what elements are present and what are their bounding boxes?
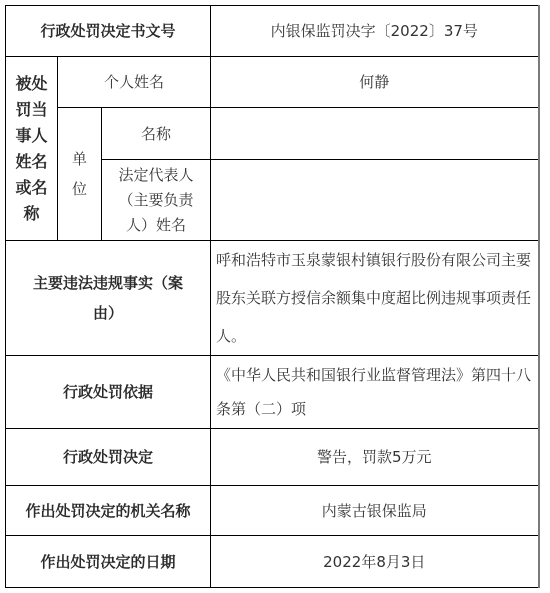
decision-label: 行政处罚决定 [6, 429, 211, 486]
authority-label: 作出处罚决定的机关名称 [6, 486, 211, 536]
row-individual-name: 被处罚当事人姓名或名称 个人姓名 何静 [6, 57, 539, 108]
row-violation-facts: 主要违法违规事实（案由） 呼和浩特市玉泉蒙银村镇银行股份有限公司主要股东关联方授… [6, 241, 539, 356]
legal-basis-label: 行政处罚依据 [6, 356, 211, 429]
legal-rep-value [211, 160, 539, 241]
violation-facts-label-text: 主要违法违规事实（案由） [26, 268, 191, 328]
violation-facts-label: 主要违法违规事实（案由） [6, 241, 211, 356]
individual-name-label: 个人姓名 [58, 57, 211, 108]
doc-number-value: 内银保监罚决字〔2022〕37号 [211, 6, 539, 57]
row-entity-name: 单位 名称 [6, 108, 539, 160]
row-legal-basis: 行政处罚依据 《中华人民共和国银行业监督管理法》第四十八条第（二）项 [6, 356, 539, 429]
legal-rep-label: 法定代表人（主要负责人）姓名 [102, 160, 211, 241]
violation-facts-value: 呼和浩特市玉泉蒙银村镇银行股份有限公司主要股东关联方授信余额集中度超比例违规事项… [211, 241, 539, 356]
entity-name-value [211, 108, 539, 160]
decision-date-label: 作出处罚决定的日期 [6, 536, 211, 588]
row-decision: 行政处罚决定 警告，罚款5万元 [6, 429, 539, 486]
entity-name-label: 名称 [102, 108, 211, 160]
legal-basis-value: 《中华人民共和国银行业监督管理法》第四十八条第（二）项 [211, 356, 539, 429]
doc-number-label: 行政处罚决定书文号 [6, 6, 211, 57]
decision-value: 警告，罚款5万元 [211, 429, 539, 486]
individual-name-value: 何静 [211, 57, 539, 108]
row-decision-date: 作出处罚决定的日期 2022年8月3日 [6, 536, 539, 588]
authority-value: 内蒙古银保监局 [211, 486, 539, 536]
entity-group-label-text: 单位 [71, 144, 88, 204]
party-group-label: 被处罚当事人姓名或名称 [6, 57, 58, 241]
legal-rep-label-text: 法定代表人（主要负责人）姓名 [116, 163, 197, 238]
row-authority: 作出处罚决定的机关名称 内蒙古银保监局 [6, 486, 539, 536]
row-doc-number: 行政处罚决定书文号 内银保监罚决字〔2022〕37号 [6, 6, 539, 57]
penalty-decision-table: 行政处罚决定书文号 内银保监罚决字〔2022〕37号 被处罚当事人姓名或名称 个… [5, 5, 540, 588]
entity-group-label: 单位 [58, 108, 102, 241]
party-group-label-text: 被处罚当事人姓名或名称 [15, 71, 49, 227]
decision-date-value: 2022年8月3日 [211, 536, 539, 588]
